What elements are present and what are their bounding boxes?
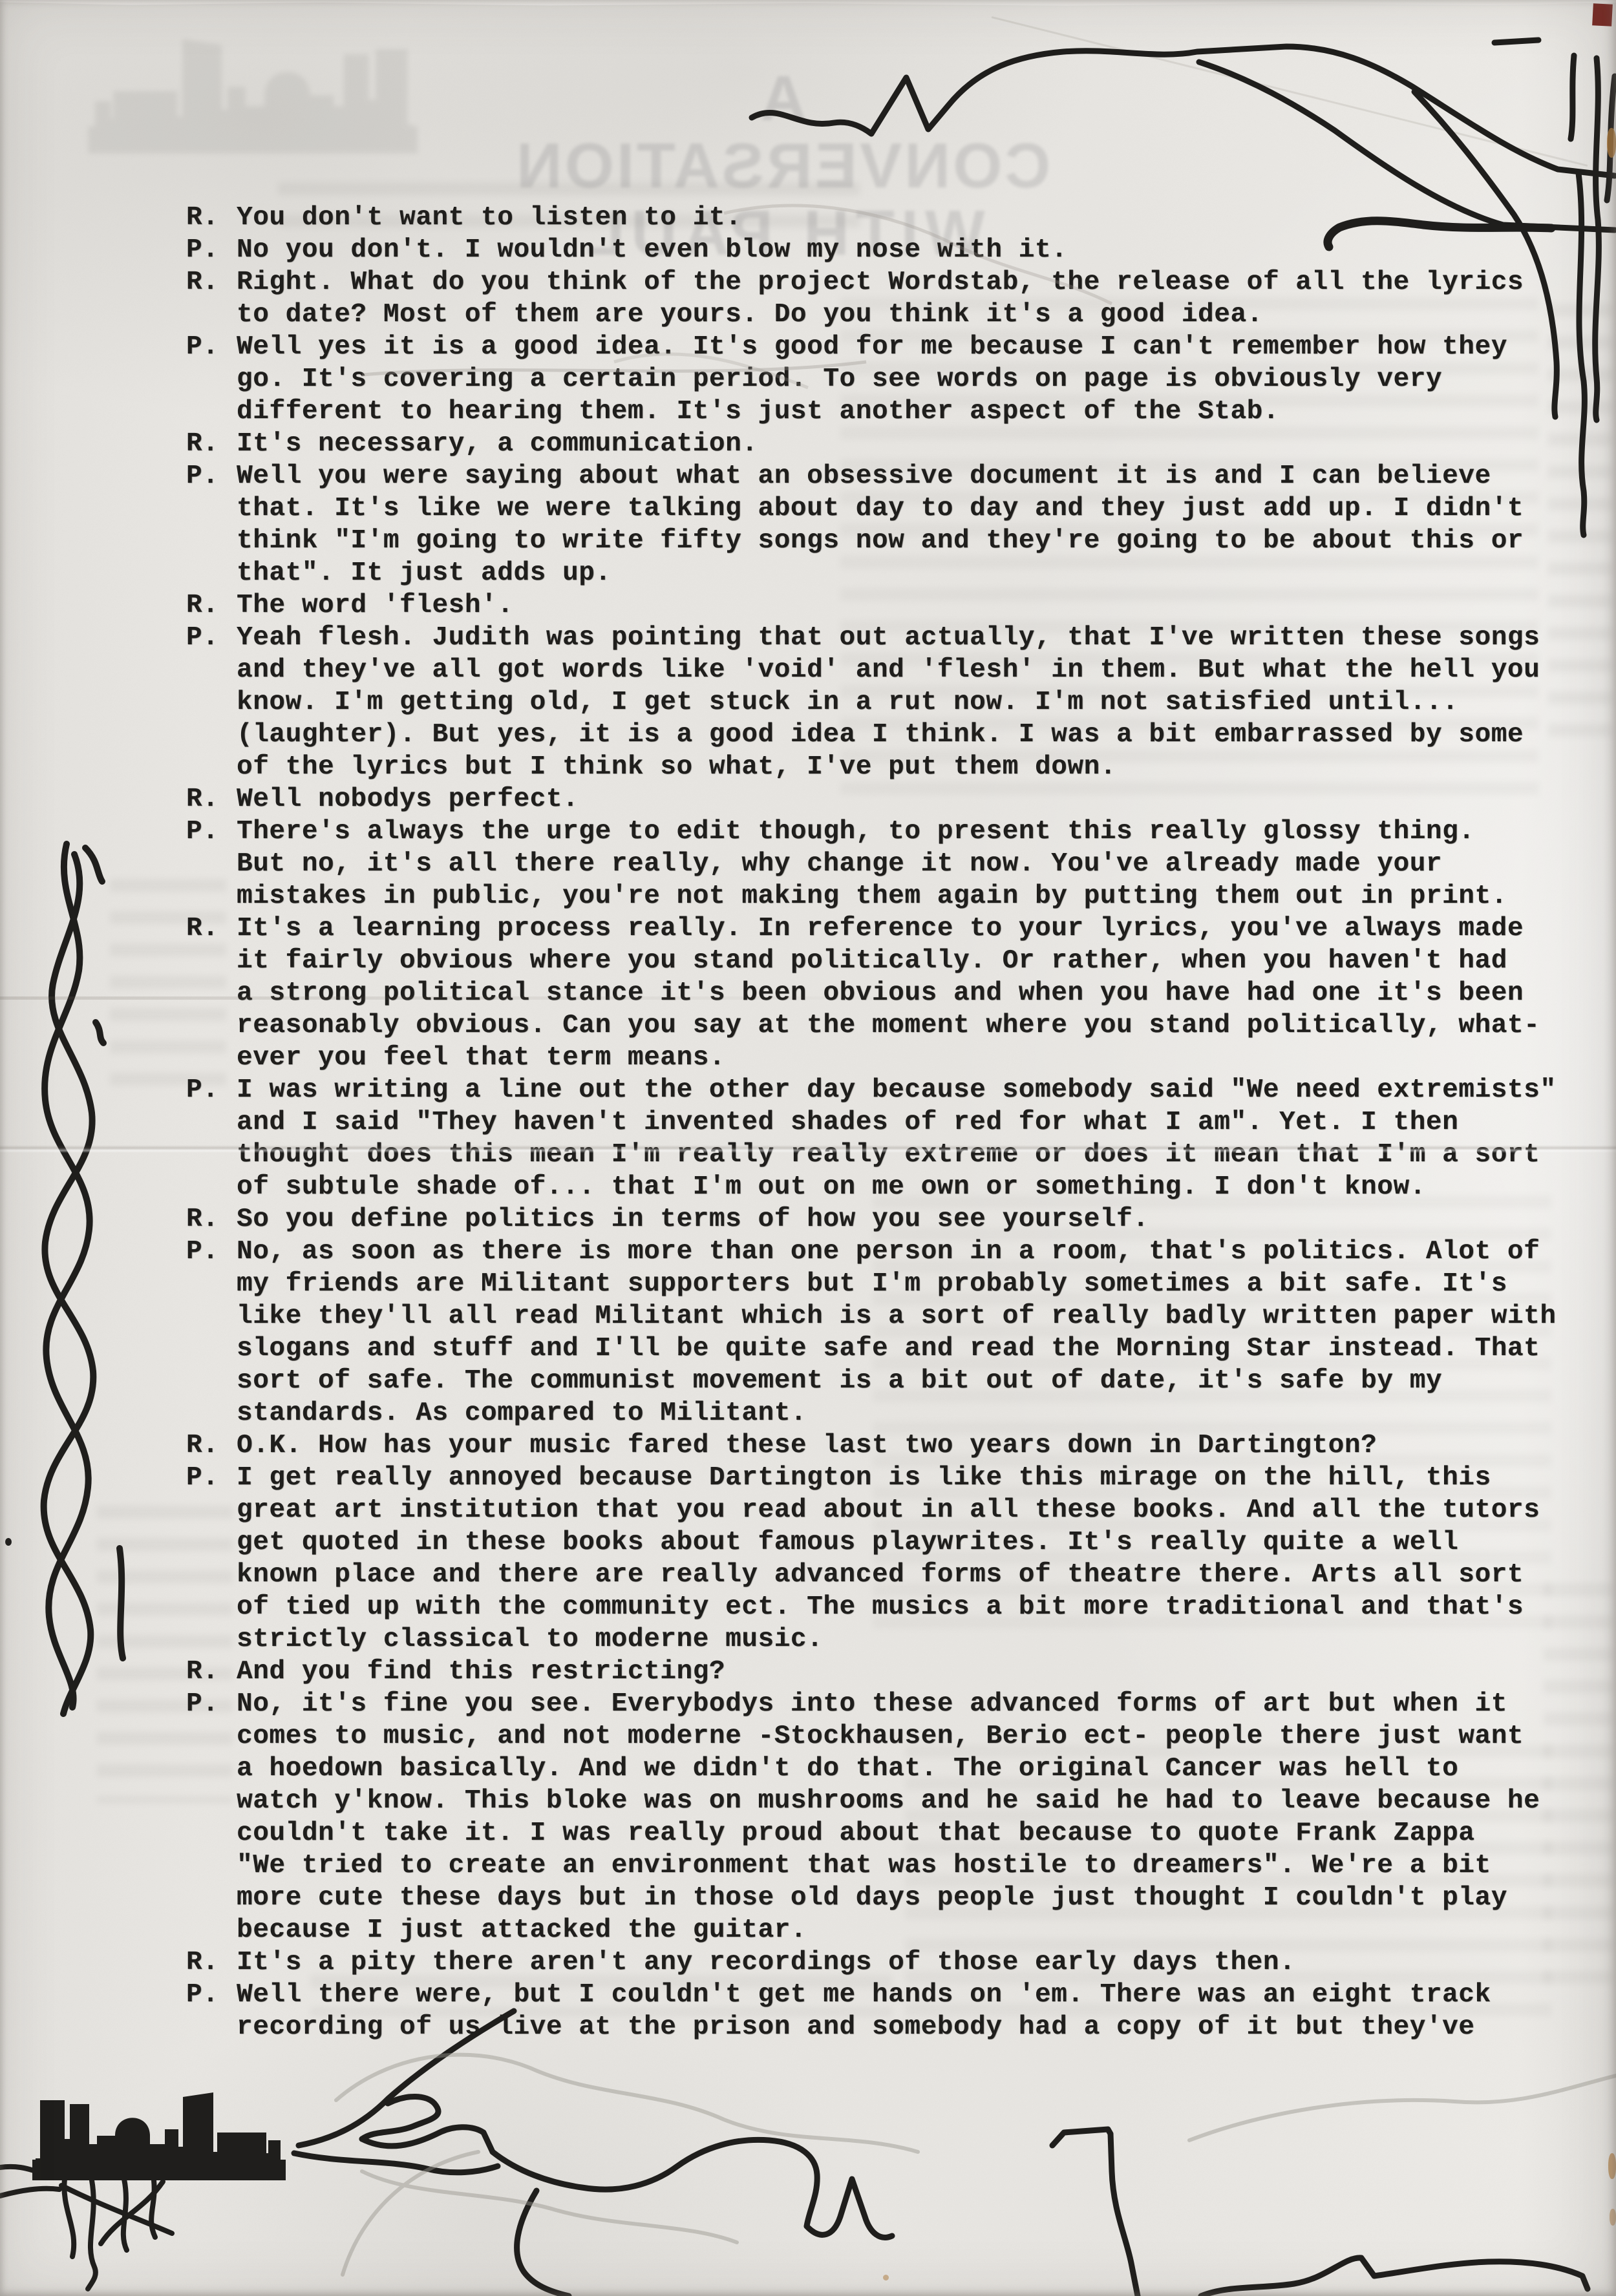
edge-stain (1608, 2153, 1616, 2179)
ink-dot (5, 1538, 12, 1546)
city-skyline-drawing (0, 2092, 286, 2289)
dialogue: R. You don't want to listen to it. P. No… (186, 202, 1586, 2043)
turn-text: The word 'flesh'. (237, 589, 1586, 622)
turn-text: O.K. How has your music fared these last… (237, 1429, 1586, 1462)
crease-line (0, 996, 970, 1000)
flowing-lines-drawing (294, 2011, 1588, 2296)
speaker-label: P. (186, 1074, 237, 1203)
dialogue-turn: P. No, as soon as there is more than one… (186, 1236, 1586, 1429)
dialogue-turn: P. There's always the urge to edit thoug… (186, 816, 1586, 912)
edge-stain (1607, 128, 1616, 158)
dialogue-turn: P. No, it's fine you see. Everybodys int… (186, 1688, 1586, 1946)
speaker-label: R. (186, 1946, 237, 1979)
turn-text: Well nobodys perfect. (237, 783, 1586, 816)
speaker-label: R. (186, 266, 237, 331)
speaker-label: P. (186, 1462, 237, 1656)
turn-text: No, it's fine you see. Everybodys into t… (237, 1688, 1586, 1946)
turn-text: I get really annoyed because Dartington … (237, 1462, 1586, 1656)
speaker-label: P. (186, 816, 237, 912)
turn-text: It's a pity there aren't any recordings … (237, 1946, 1586, 1979)
dialogue-turn: R. Well nobodys perfect. (186, 783, 1586, 816)
dialogue-turn: R. You don't want to listen to it. (186, 202, 1586, 234)
speaker-label: R. (186, 589, 237, 622)
turn-text: You don't want to listen to it. (237, 202, 1586, 234)
speaker-label: P. (186, 460, 237, 589)
dialogue-turn: P. Well you were saying about what an ob… (186, 460, 1586, 589)
turn-text: Right. What do you think of the project … (237, 266, 1586, 331)
turn-text: Well there were, but I couldn't get me h… (237, 1979, 1586, 2043)
speaker-label: P. (186, 331, 237, 428)
dialogue-turn: R. It's a pity there aren't any recordin… (186, 1946, 1586, 1979)
turn-text: And you find this restricting? (237, 1656, 1586, 1688)
turn-text: It's a learning process really. In refer… (237, 912, 1586, 1074)
dialogue-turn: P. No you don't. I wouldn't even blow my… (186, 234, 1586, 266)
turn-text: Yeah flesh. Judith was pointing that out… (237, 622, 1586, 783)
speaker-label: P. (186, 234, 237, 266)
speaker-label: R. (186, 1656, 237, 1688)
dialogue-turn: R. It's a learning process really. In re… (186, 912, 1586, 1074)
speaker-label: P. (186, 622, 237, 783)
turn-text: Well yes it is a good idea. It's good fo… (237, 331, 1586, 428)
speaker-label: R. (186, 1429, 237, 1462)
dialogue-turn: R. Right. What do you think of the proje… (186, 266, 1586, 331)
turn-text: No you don't. I wouldn't even blow my no… (237, 234, 1586, 266)
speaker-label: R. (186, 202, 237, 234)
speaker-label: P. (186, 1236, 237, 1429)
speaker-label: R. (186, 428, 237, 460)
dialogue-turn: R. So you define politics in terms of ho… (186, 1203, 1586, 1236)
red-corner-mark (1592, 3, 1613, 26)
edge-stain (1610, 2209, 1616, 2226)
turn-text: Well you were saying about what an obses… (237, 460, 1586, 589)
scanned-zine-page: A CONVERSATION WITH PAUL R. You don't wa… (0, 0, 1616, 2296)
speaker-label: R. (186, 912, 237, 1074)
speaker-label: R. (186, 1203, 237, 1236)
dialogue-turn: R. O.K. How has your music fared these l… (186, 1429, 1586, 1462)
dialogue-turn: P. I get really annoyed because Dartingt… (186, 1462, 1586, 1656)
crease-line (992, 16, 1588, 167)
dialogue-turn: P. Well there were, but I couldn't get m… (186, 1979, 1586, 2043)
speaker-label: P. (186, 1979, 237, 2043)
speaker-label: R. (186, 783, 237, 816)
speck (883, 2275, 889, 2280)
ghost-title-line1: A CONVERSATION (491, 65, 1073, 199)
dialogue-turn: R. It's necessary, a communication. (186, 428, 1586, 460)
dialogue-turn: R. And you find this restricting? (186, 1656, 1586, 1688)
dialogue-turn: P. I was writing a line out the other da… (186, 1074, 1586, 1203)
turn-text: So you define politics in terms of how y… (237, 1203, 1586, 1236)
turn-text: It's necessary, a communication. (237, 428, 1586, 460)
pencil-ghost-lines (336, 2055, 1616, 2275)
turn-text: No, as soon as there is more than one pe… (237, 1236, 1586, 1429)
speaker-label: P. (186, 1688, 237, 1946)
turn-text: There's always the urge to edit though, … (237, 816, 1586, 912)
dialogue-turn: R. The word 'flesh'. (186, 589, 1586, 622)
turn-text: I was writing a line out the other day b… (237, 1074, 1586, 1203)
torn-edge (0, 0, 1616, 6)
fold-crease (0, 1145, 1616, 1153)
dialogue-turn: P. Yeah flesh. Judith was pointing that … (186, 622, 1586, 783)
dialogue-turn: P. Well yes it is a good idea. It's good… (186, 331, 1586, 428)
